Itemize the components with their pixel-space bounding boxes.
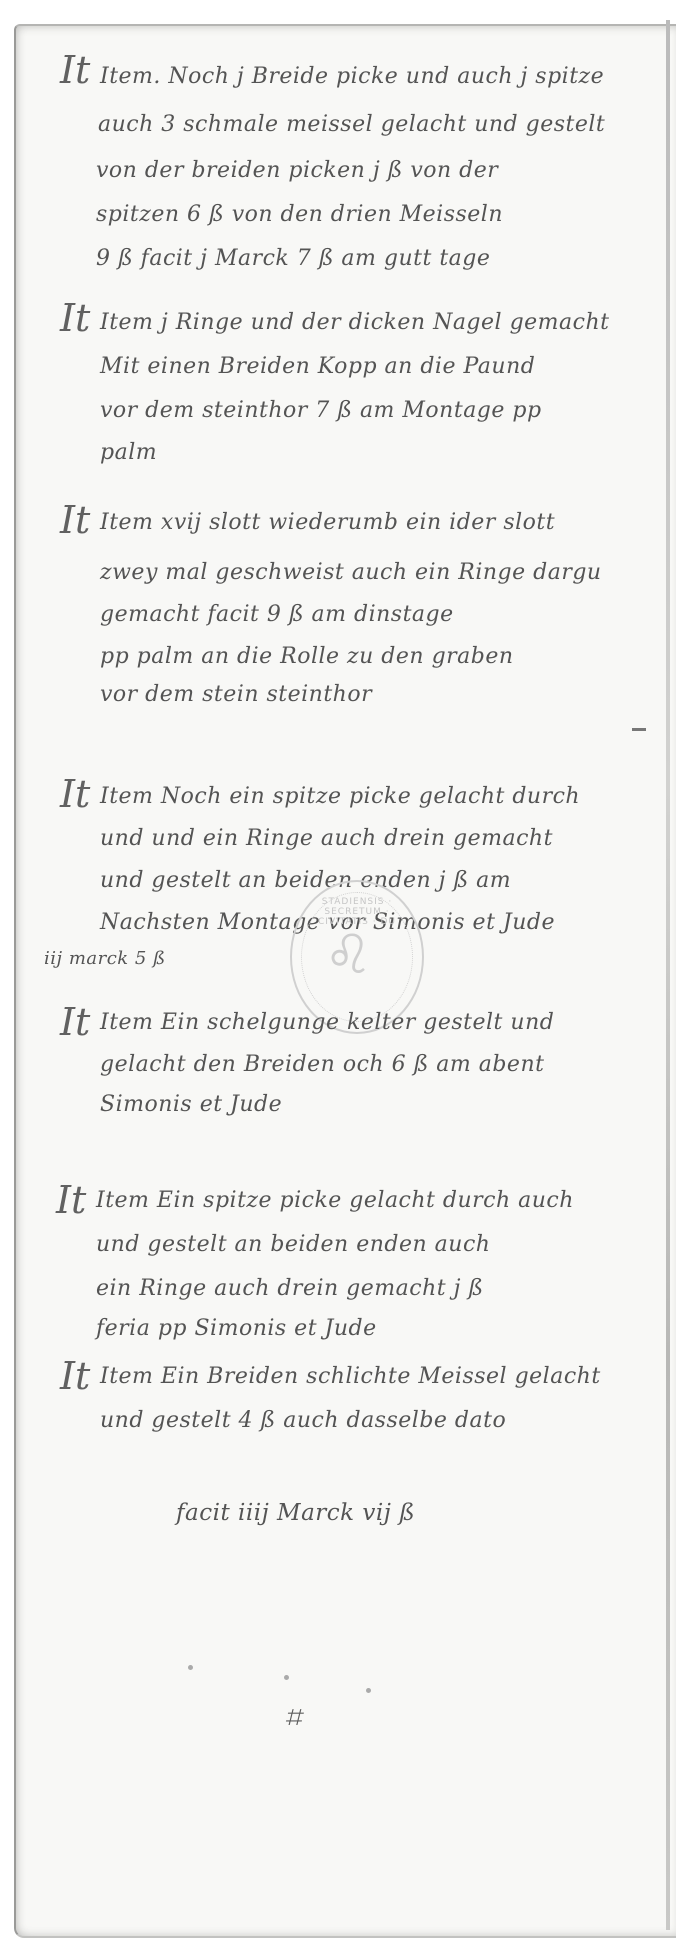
entry-line: auch 3 schmale meissel gelacht und geste… (98, 112, 605, 137)
entry-initial: It (60, 772, 90, 816)
entry-initial: It (56, 1178, 86, 1222)
lion-seal-icon: ♌ (324, 923, 372, 986)
entry-line: und und ein Ringe auch drein gemacht (100, 826, 553, 851)
ink-spot (284, 1675, 289, 1680)
ink-spot (366, 1688, 371, 1693)
page-binding-edge (666, 20, 670, 1930)
margin-tick-mark (632, 728, 646, 731)
footer-mark: ⌗ (284, 1700, 301, 1735)
entry-line: palm (100, 440, 157, 465)
entry-line: Item Ein schelgunge kelter gestelt und (100, 1010, 554, 1035)
entry-initial: It (60, 296, 90, 340)
entry-line: feria pp Simonis et Jude (96, 1316, 377, 1341)
entry-line: Item Noch ein spitze picke gelacht durch (100, 784, 580, 809)
entry-line: und gestelt 4 ß auch dasselbe dato (100, 1408, 506, 1433)
entry-line: 9 ß facit j Marck 7 ß am gutt tage (96, 246, 490, 271)
ink-spot (188, 1665, 193, 1670)
entry-initial: It (60, 498, 90, 542)
entry-line: gelacht den Breiden och 6 ß am abent (100, 1052, 544, 1077)
entry-line: gemacht facit 9 ß am dinstage (100, 602, 454, 627)
entry-initial: It (60, 48, 90, 92)
entry-initial: It (60, 1000, 90, 1044)
margin-note: iij marck 5 ß (44, 948, 166, 969)
entry-line: und gestelt an beiden enden j ß am (100, 868, 511, 893)
entry-line: Item Ein Breiden schlichte Meissel gelac… (100, 1364, 601, 1389)
entry-line: Item. Noch j Breide picke und auch j spi… (100, 64, 604, 89)
entry-line: Mit einen Breiden Kopp an die Paund (100, 354, 535, 379)
entry-line: vor dem steinthor 7 ß am Montage pp (100, 398, 542, 423)
entry-line: und gestelt an beiden enden auch (96, 1232, 490, 1257)
total-sum: facit iiij Marck vij ß (176, 1500, 415, 1526)
entry-line: Item j Ringe und der dicken Nagel gemach… (100, 310, 609, 335)
entry-line: von der breiden picken j ß von der (96, 158, 498, 183)
entry-line: ein Ringe auch drein gemacht j ß (96, 1276, 484, 1301)
entry-line: spitzen 6 ß von den drien Meisseln (96, 202, 503, 227)
entry-line: pp palm an die Rolle zu den graben (100, 644, 514, 669)
entry-line: Item xvij slott wiederumb ein ider slott (100, 510, 555, 535)
entry-line: Simonis et Jude (100, 1092, 282, 1117)
entry-line: zwey mal geschweist auch ein Ringe dargu (100, 560, 602, 585)
entry-line: vor dem stein steinthor (100, 682, 372, 707)
entry-line: Item Ein spitze picke gelacht durch auch (96, 1188, 574, 1213)
entry-initial: It (60, 1354, 90, 1398)
